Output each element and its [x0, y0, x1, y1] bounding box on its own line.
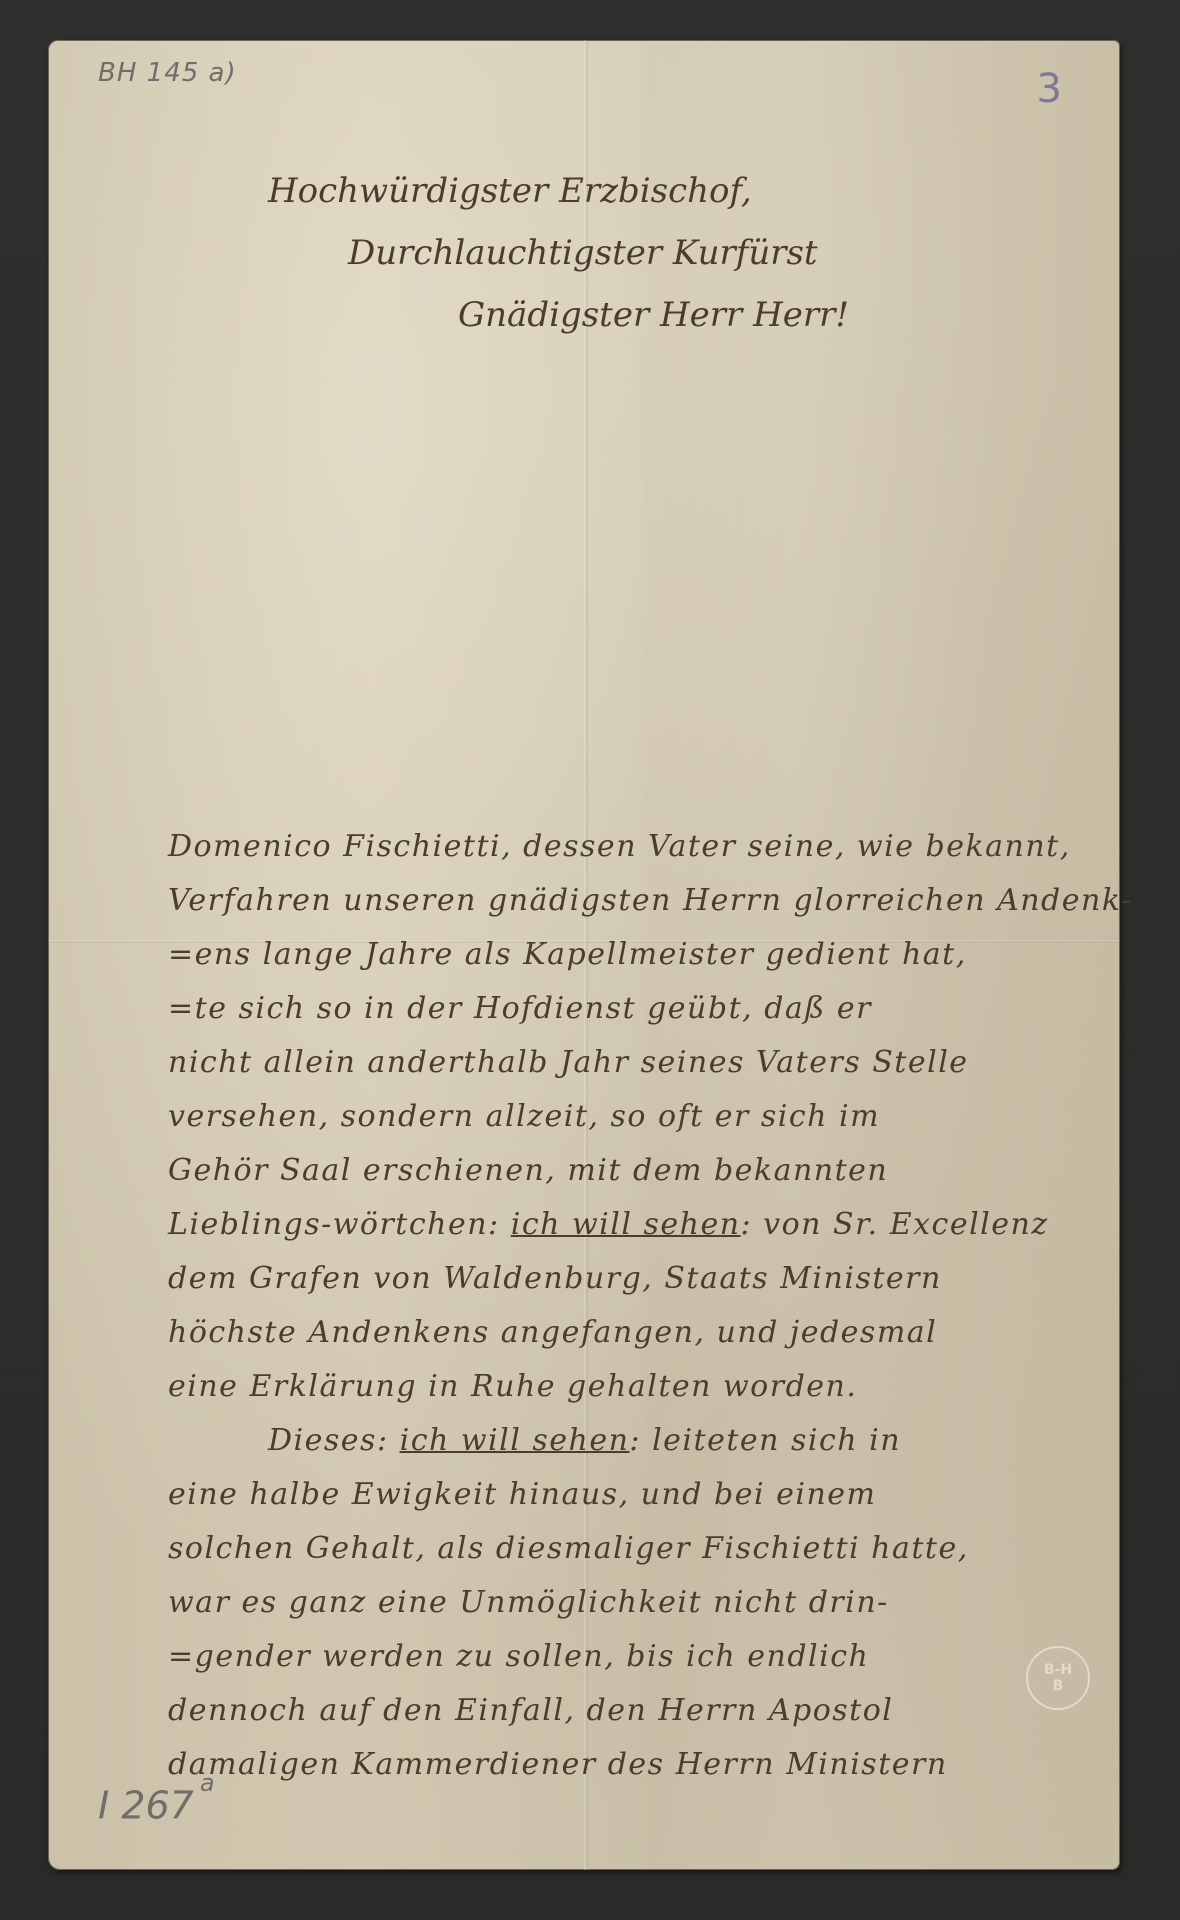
shelfmark-number: I 267 [98, 1784, 194, 1828]
folio-number: 3 [1037, 66, 1062, 112]
text-line: solchen Gehalt, als diesmaliger Fischiet… [168, 1522, 1088, 1576]
text-segment: Dieses: [268, 1423, 389, 1458]
text-line: eine Erklärung in Ruhe gehalten worden. [168, 1360, 1088, 1414]
underlined-phrase: ich will sehen [511, 1207, 741, 1242]
underlined-phrase: ich will sehen [400, 1423, 630, 1458]
text-line: Gehör Saal erschienen, mit dem bekannten [168, 1144, 1088, 1198]
salutation: Hochwürdigster Erzbischof, Durchlauchtig… [228, 160, 988, 346]
text-line: war es ganz eine Unmöglichkeit nicht dri… [168, 1576, 1088, 1630]
salutation-line: Durchlauchtigster Kurfürst [228, 222, 988, 284]
text-segment: : von Sr. Excellenz [741, 1207, 1049, 1242]
paragraph-1: Domenico Fischietti, dessen Vater seine,… [168, 820, 1088, 1414]
text-line: dem Grafen von Waldenburg, Staats Minist… [168, 1252, 1088, 1306]
text-line: eine halbe Ewigkeit hinaus, und bei eine… [168, 1468, 1088, 1522]
shelfmark: I 267a [98, 1783, 215, 1828]
text-line: dennoch auf den Einfall, den Herrn Apost… [168, 1684, 1088, 1738]
text-line: Lieblings-wörtchen: ich will sehen: von … [168, 1198, 1088, 1252]
letter-body: Domenico Fischietti, dessen Vater seine,… [168, 820, 1088, 1792]
stamp-text: B-H [1044, 1662, 1072, 1678]
text-line: höchste Andenkens angefangen, und jedesm… [168, 1306, 1088, 1360]
manuscript-page: BH 145 a) 3 Hochwürdigster Erzbischof, D… [48, 40, 1120, 1870]
library-stamp: B-H B [1026, 1646, 1090, 1710]
text-line: damaligen Kammerdiener des Herrn Ministe… [168, 1738, 1088, 1792]
text-line: =gender werden zu sollen, bis ich endlic… [168, 1630, 1088, 1684]
text-line: Domenico Fischietti, dessen Vater seine,… [168, 820, 1088, 874]
text-line: =ens lange Jahre als Kapellmeister gedie… [168, 928, 1088, 982]
stamp-text: B [1053, 1678, 1064, 1694]
text-line: Dieses: ich will sehen: leiteten sich in [168, 1414, 1088, 1468]
text-line: Verfahren unseren gnädigsten Herrn glorr… [168, 874, 1088, 928]
salutation-line: Gnädigster Herr Herr! [228, 284, 988, 346]
text-segment: Lieblings-wörtchen: [168, 1207, 500, 1242]
salutation-line: Hochwürdigster Erzbischof, [228, 160, 988, 222]
archive-reference: BH 145 a) [98, 58, 237, 88]
text-segment: : leiteten sich in [629, 1423, 901, 1458]
shelfmark-suffix: a [200, 1769, 215, 1797]
text-line: nicht allein anderthalb Jahr seines Vate… [168, 1036, 1088, 1090]
paragraph-2: Dieses: ich will sehen: leiteten sich in… [168, 1414, 1088, 1792]
text-line: =te sich so in der Hofdienst geübt, daß … [168, 982, 1088, 1036]
text-line: versehen, sondern allzeit, so oft er sic… [168, 1090, 1088, 1144]
